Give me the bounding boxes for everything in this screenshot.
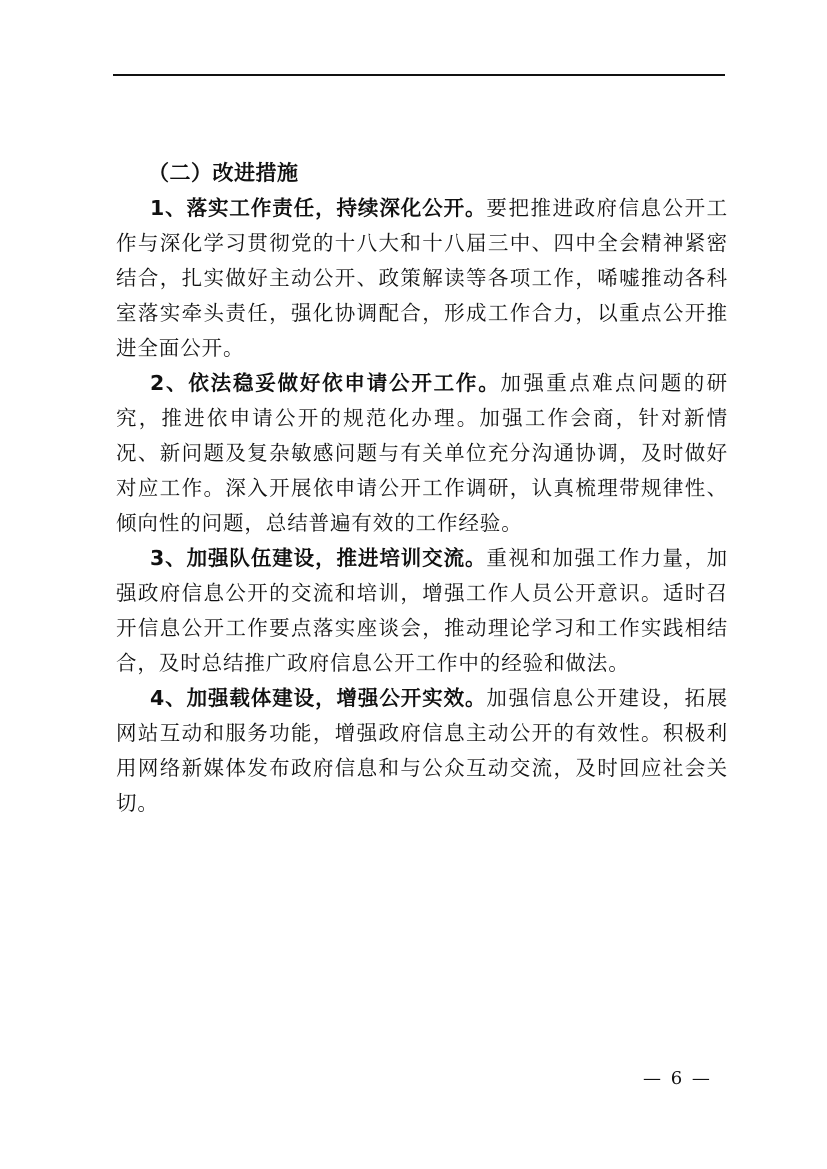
paragraph-body: 要把推进政府信息公开工作与深化学习贯彻党的十八大和十八届三中、四中全会精神紧密结… [116,196,728,360]
paragraph-lead: 1、落实工作责任，持续深化公开。 [150,196,486,220]
page-number: — 6 — [643,1068,712,1089]
document-body: （二）改进措施 1、落实工作责任，持续深化公开。要把推进政府信息公开工作与深化学… [116,156,728,821]
section-heading: （二）改进措施 [116,156,728,191]
paragraph-lead: 2、依法稳妥做好依申请公开工作。 [150,371,501,395]
paragraph-4: 4、加强载体建设，增强公开实效。加强信息公开建设，拓展网站互动和服务功能，增强政… [116,681,728,821]
paragraph-1: 1、落实工作责任，持续深化公开。要把推进政府信息公开工作与深化学习贯彻党的十八大… [116,191,728,366]
paragraph-lead: 3、加强队伍建设，推进培训交流。 [150,546,486,570]
paragraph-lead: 4、加强载体建设，增强公开实效。 [150,686,486,710]
paragraph-3: 3、加强队伍建设，推进培训交流。重视和加强工作力量，加强政府信息公开的交流和培训… [116,541,728,681]
paragraph-body: 加强重点难点问题的研究，推进依申请公开的规范化办理。加强工作会商，针对新情况、新… [116,371,728,535]
paragraph-2: 2、依法稳妥做好依申请公开工作。加强重点难点问题的研究，推进依申请公开的规范化办… [116,366,728,541]
header-rule [113,74,725,76]
